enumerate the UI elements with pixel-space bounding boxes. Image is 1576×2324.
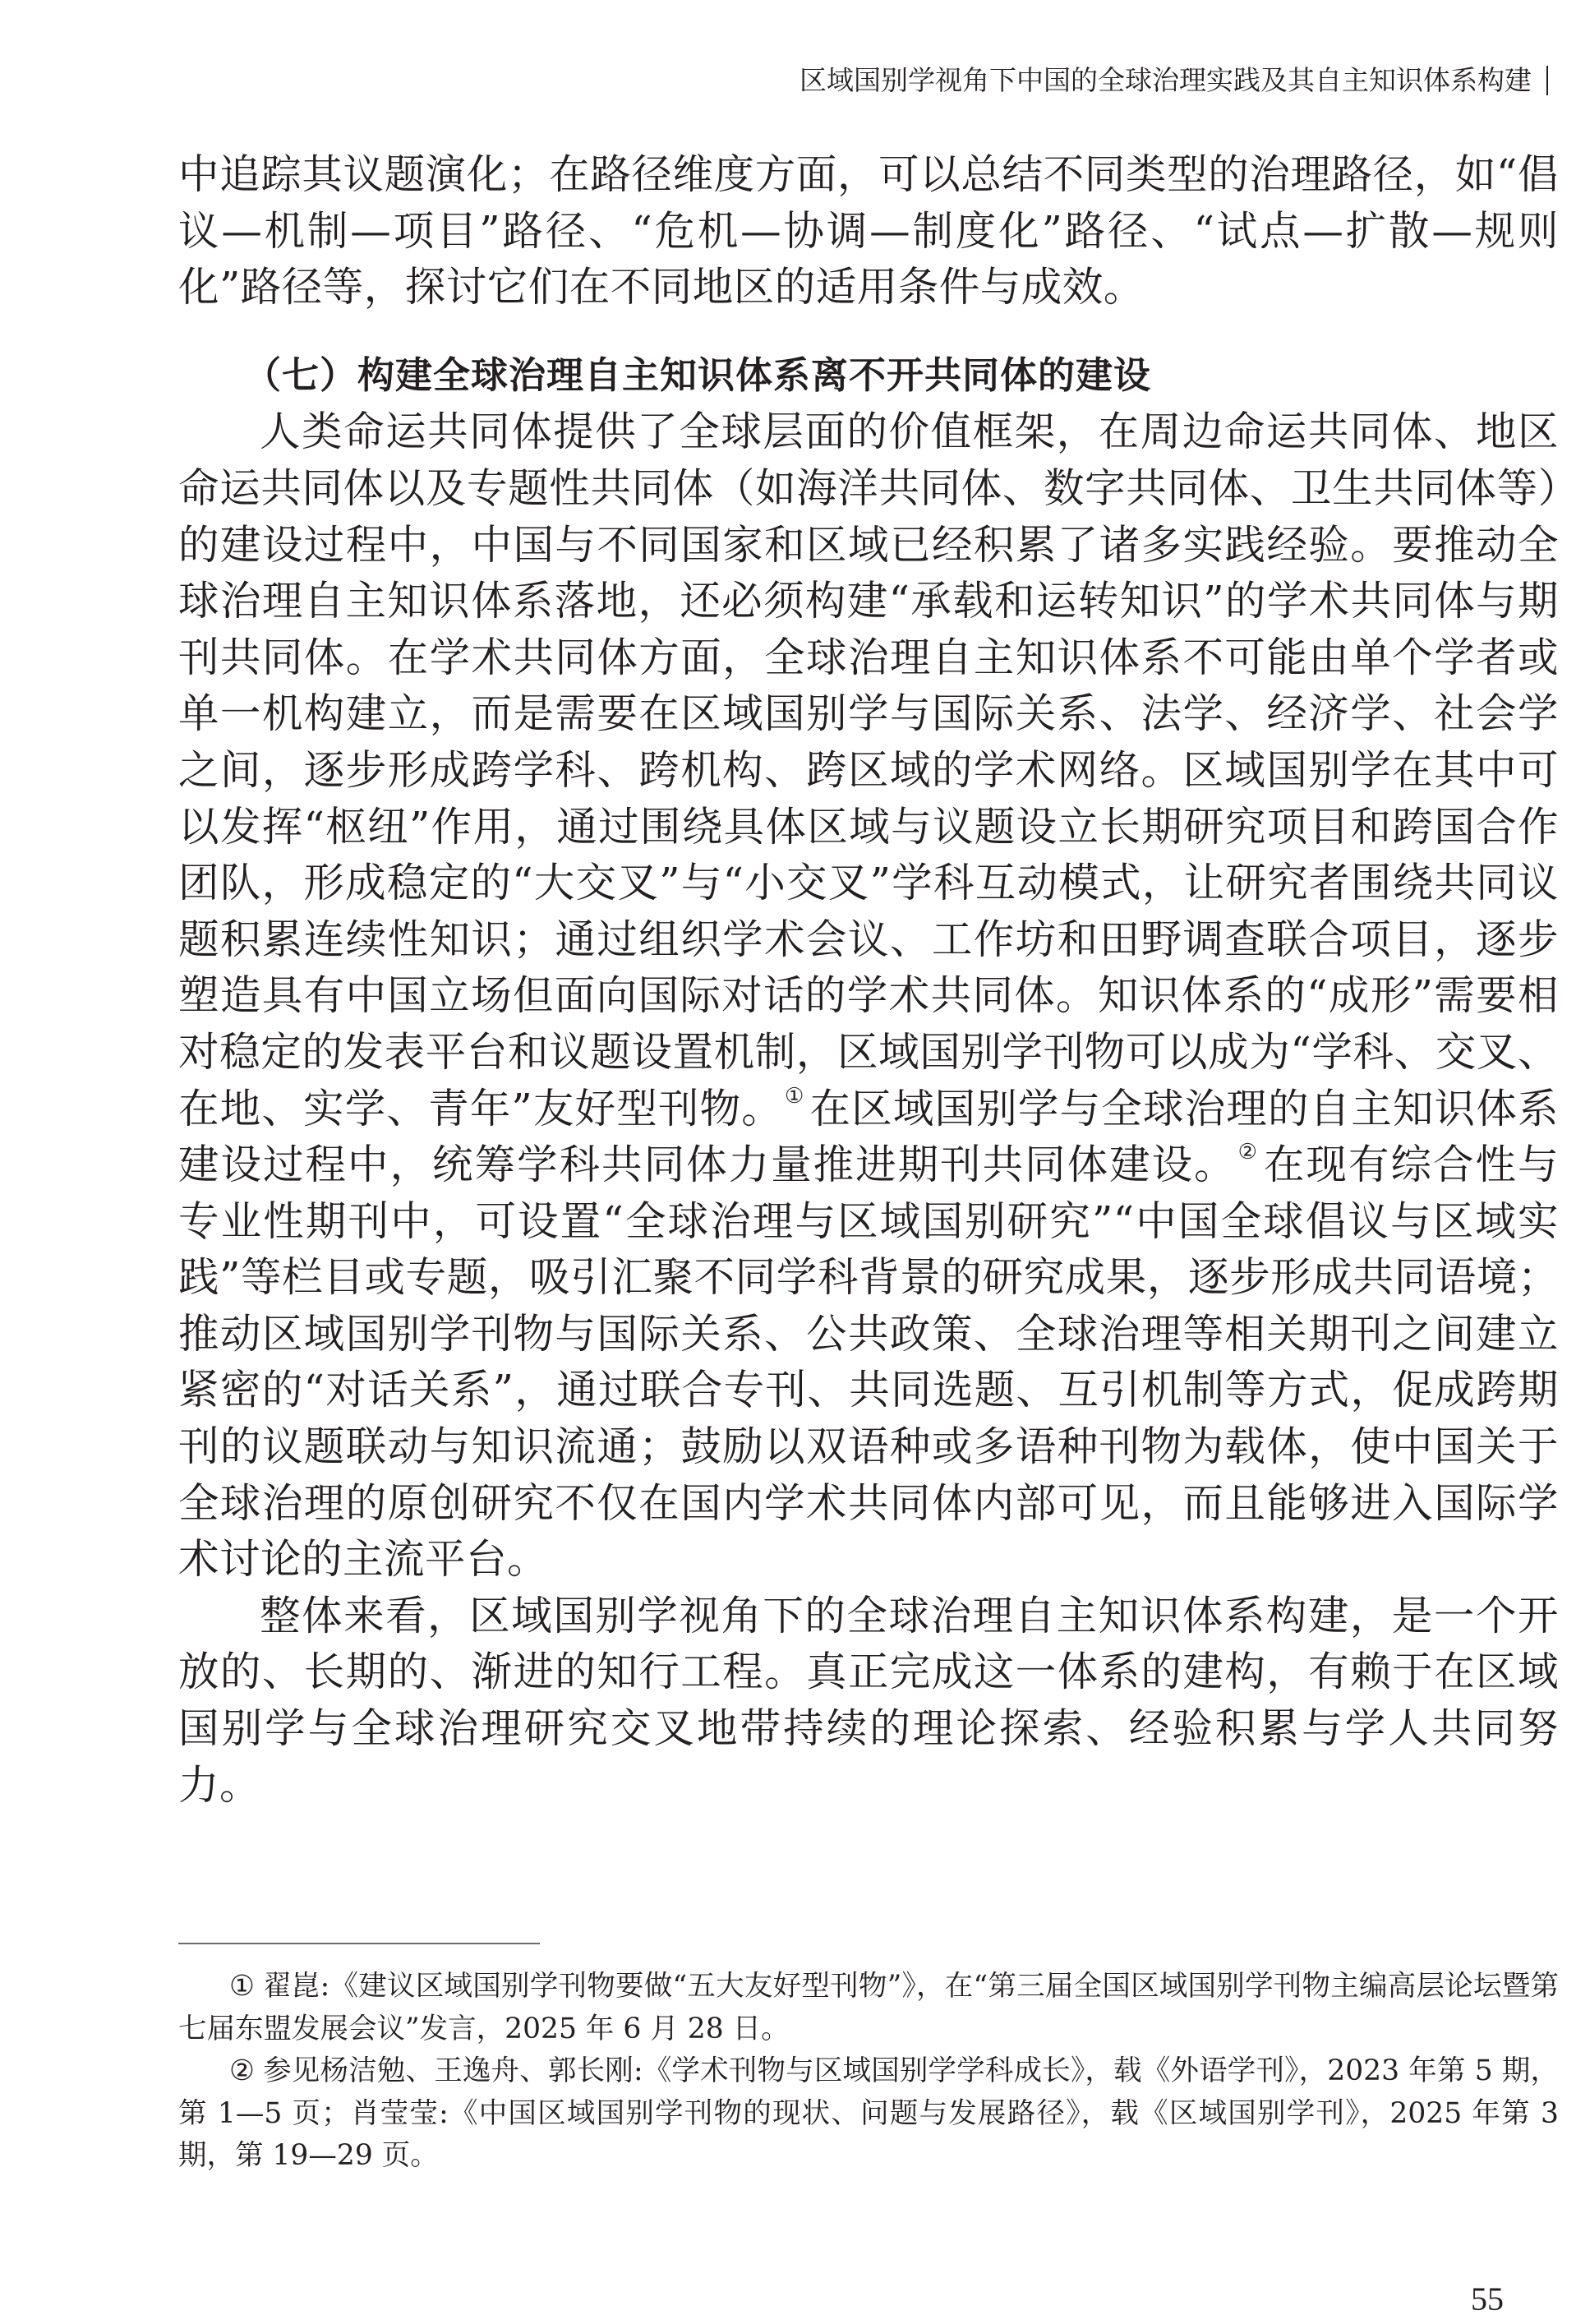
paragraph-continued: 中追踪其议题演化；在路径维度方面，可以总结不同类型的治理路径，如“倡议—机制—项… xyxy=(178,146,1559,316)
footnote-ref-2[interactable]: ② xyxy=(1238,1140,1259,1164)
footnotes: ①翟崑:《建议区域国别学刊物要做“五大友好型刊物”》，在“第三届全国区域国别学刊… xyxy=(178,1966,1559,2178)
paragraph-text-part3: 在现有综合性与专业性期刊中，可设置“全球治理与区域国别研究”“中国全球倡议与区域… xyxy=(178,1141,1559,1583)
running-header: 区域国别学视角下中国的全球治理实践及其自主知识体系构建 xyxy=(800,64,1548,97)
footnote-ref-1[interactable]: ① xyxy=(785,1084,805,1109)
footnote-text-1: 翟崑:《建议区域国别学刊物要做“五大友好型刊物”》，在“第三届全国区域国别学刊物… xyxy=(178,1970,1559,2045)
footnote-2: ②参见杨洁勉、王逸舟、郭长刚:《学术刊物与区域国别学学科成长》，载《外语学刊》，… xyxy=(178,2050,1559,2178)
section-heading: （七）构建全球治理自主知识体系离不开共同体的建设 xyxy=(178,348,1559,404)
paragraph-conclusion: 整体来看，区域国别学视角下的全球治理自主知识体系构建，是一个开放的、长期的、渐进… xyxy=(178,1588,1559,1813)
footnote-divider xyxy=(178,1943,540,1944)
running-title: 区域国别学视角下中国的全球治理实践及其自主知识体系构建 xyxy=(800,64,1532,97)
footnote-marker-2: ② xyxy=(229,2054,255,2087)
footnote-marker-1: ① xyxy=(229,1970,255,2003)
paragraph-text-part1: 人类命运共同体提供了全球层面的价值框架，在周边命运共同体、地区命运共同体以及专题… xyxy=(178,408,1559,1132)
header-separator-bar xyxy=(1546,66,1548,95)
paragraph-community-building: 人类命运共同体提供了全球层面的价值框架，在周边命运共同体、地区命运共同体以及专题… xyxy=(178,403,1559,1587)
page-number: 55 xyxy=(1471,2283,1504,2316)
footnote-text-2: 参见杨洁勉、王逸舟、郭长刚:《学术刊物与区域国别学学科成长》，载《外语学刊》，2… xyxy=(178,2054,1559,2172)
footnote-1: ①翟崑:《建议区域国别学刊物要做“五大友好型刊物”》，在“第三届全国区域国别学刊… xyxy=(178,1966,1559,2050)
body-text: 中追踪其议题演化；在路径维度方面，可以总结不同类型的治理路径，如“倡议—机制—项… xyxy=(178,146,1559,1813)
